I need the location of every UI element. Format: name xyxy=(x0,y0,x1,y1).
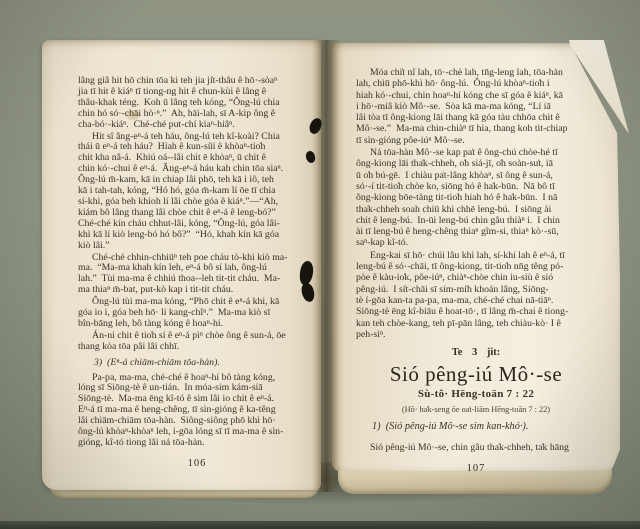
lesson-day-label: Te 3 jit: xyxy=(356,347,596,358)
lesson-point-1: 1) (Sió pêng-iú Mô·-se sim kan-khó·). xyxy=(356,421,596,432)
scripture-reference: Sù-tô· Hēng-toān 7 : 22 xyxy=(356,389,596,400)
page-number: 107 xyxy=(356,463,596,471)
lesson-heading-block: Te 3 jit: Sió pêng-iú Mô·-se Sù-tô· Hēng… xyxy=(356,347,596,453)
paragraph: Eng-kai sī hō· chúi lâu khì lah, sí-khí … xyxy=(356,250,596,340)
lesson-title: Sió pêng-iú Mô·-se xyxy=(356,363,596,386)
paragraph: Án-ni chit ê tio̍h sí ê eⁿ-á pìⁿ chòe ôn… xyxy=(78,331,316,353)
right-page: Móa chi̍t nî lah, tō·-chè lah, tn̄g-leng… xyxy=(332,43,620,471)
book-gutter-shadow xyxy=(312,40,342,492)
paragraph: Ché-ché chhin-chhiūⁿ teh poe cháu tò-khì… xyxy=(78,253,316,297)
left-page: lâng giâ hit hō chin tōa ki teh jia ji̍t… xyxy=(42,40,321,490)
lesson-opening-line: Sió pêng-iú Mô·-se, chin gâu tha̍k-chheh… xyxy=(356,442,596,453)
paragraph: Hit sî âng-eⁿ-á teh háu, ông-lú teh kî-k… xyxy=(78,132,316,252)
paragraph: Ông-lú tùi ma-ma kóng, “Phō chit ê eⁿ-á … xyxy=(78,297,316,330)
paragraph: Ná tōa-hàn Mô·-se kap pa̍t ê ông-chú chò… xyxy=(356,147,596,249)
book-photo-scene: lâng giâ hit hō chin tōa ki teh jia ji̍t… xyxy=(0,0,640,529)
paragraph: lâng giâ hit hō chin tōa ki teh jia ji̍t… xyxy=(78,76,316,131)
paragraph: Móa chi̍t nî lah, tō·-chè lah, tn̄g-leng… xyxy=(356,67,596,146)
page-number: 106 xyxy=(78,459,316,470)
left-page-text-column: lâng giâ hit hō chin tōa ki teh jia ji̍t… xyxy=(78,76,316,470)
memorize-note: (Hō· ha̍k-seng ōe oa̍t-liām Hēng-toān 7 … xyxy=(356,404,596,415)
photo-bottom-edge xyxy=(0,521,640,529)
section-subheading: 3) (Eⁿ-á chiām-chiām tōa-hàn). xyxy=(78,358,316,369)
paragraph: Pa-pa, ma-ma, ché-ché ê hoaⁿ-hí bô tàng … xyxy=(78,373,316,449)
right-page-text-column: Móa chi̍t nî lah, tō·-chè lah, tn̄g-leng… xyxy=(356,67,596,471)
